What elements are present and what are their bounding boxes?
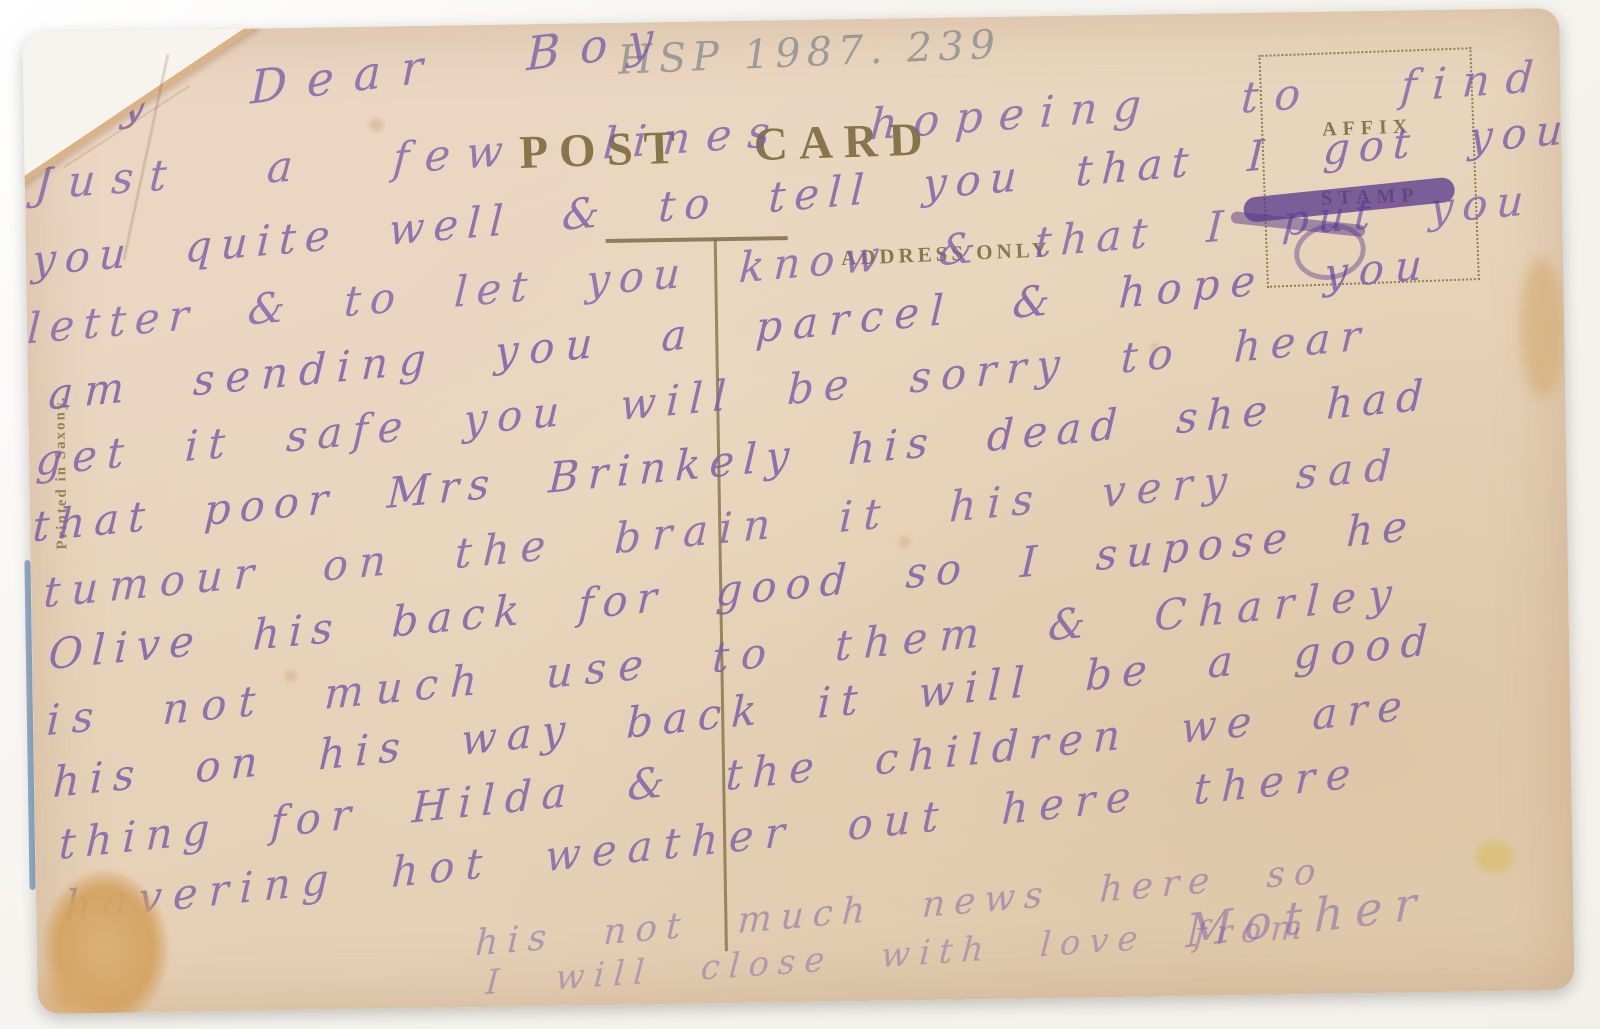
damage-stain <box>1519 258 1565 399</box>
postcard-back: POST CARD ADDRESS ONLY AFFIX STAMP Print… <box>22 8 1574 1014</box>
accession-number: HSP 1987. 239 <box>617 22 1002 84</box>
scanner-background: POST CARD ADDRESS ONLY AFFIX STAMP Print… <box>0 0 1600 1029</box>
foxing-spot <box>1149 342 1159 352</box>
foxing-spot <box>369 118 384 131</box>
foxing-spot <box>898 536 910 547</box>
damage-stain <box>1475 841 1513 874</box>
